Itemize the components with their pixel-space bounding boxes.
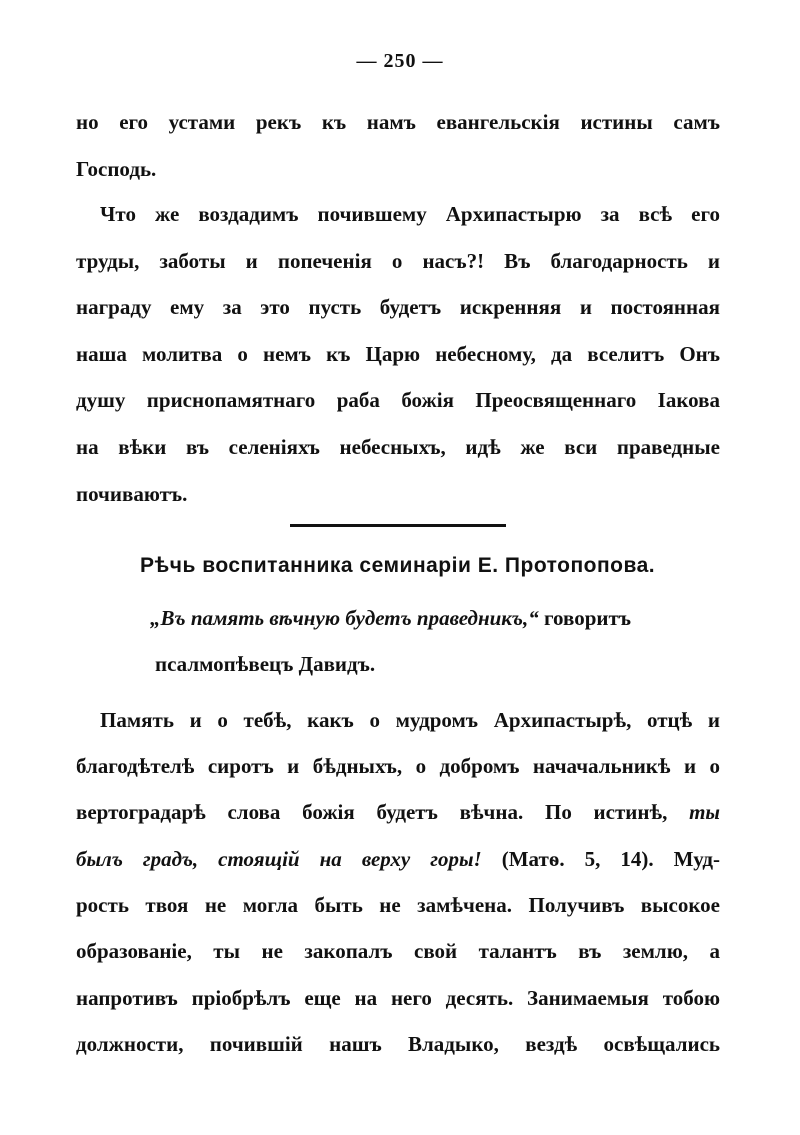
text-line: былъ градъ, стоящій на верху горы! (Матѳ… (76, 845, 720, 873)
text-line: наша молитва о немъ къ Царю небесному, д… (76, 340, 720, 368)
italic-span: былъ градъ, стоящій на верху горы! (76, 847, 482, 871)
text-span: (Матѳ. 5, 14). Муд- (482, 847, 720, 871)
text-line: образованіе, ты не закопалъ свой талантъ… (76, 937, 720, 965)
text-line: на вѣки въ селеніяхъ небесныхъ, идѣ же в… (76, 433, 720, 461)
text-line: Память и о тебѣ, какъ о мудромъ Архипаст… (100, 706, 720, 734)
text-line: но его устами рекъ къ намъ евангельскія … (76, 108, 720, 136)
quote-italic: „Въ память вѣчную будетъ праведникъ,“ (150, 606, 539, 630)
text-line: рость твоя не могла быть не замѣчена. По… (76, 891, 720, 919)
text-line: вертоградарѣ слова божія будетъ вѣчна. П… (76, 798, 720, 826)
text-line: благодѣтелѣ сиротъ и бѣдныхъ, о добромъ … (76, 752, 720, 780)
page-number: — 250 — (0, 50, 800, 73)
italic-span: ты (689, 800, 720, 824)
text-span: вертоградарѣ слова божія будетъ вѣчна. П… (76, 800, 689, 824)
text-line: псалмопѣвецъ Давидъ. (155, 650, 799, 678)
section-heading: Рѣчь воспитанника семинаріи Е. Протопопо… (140, 552, 660, 580)
quote-line: „Въ память вѣчную будетъ праведникъ,“ го… (150, 604, 720, 632)
section-divider (290, 524, 506, 527)
book-page: — 250 — но его устами рекъ къ намъ еванг… (0, 0, 800, 1135)
text-line: должности, почившій нашъ Владыко, вездѣ … (76, 1030, 720, 1058)
text-line: напротивъ пріобрѣлъ еще на него десять. … (76, 984, 720, 1012)
text-line: Что же воздадимъ почившему Архипастырю з… (100, 200, 720, 228)
text-line: Господь. (76, 155, 720, 183)
text-line: труды, заботы и попеченія о насъ?! Въ бл… (76, 247, 720, 275)
text-line: награду ему за это пусть будетъ искрення… (76, 293, 720, 321)
quote-rest: говоритъ (539, 606, 631, 630)
text-line: душу приснопамятнаго раба божія Преосвящ… (76, 386, 720, 414)
text-line: почиваютъ. (76, 480, 720, 508)
